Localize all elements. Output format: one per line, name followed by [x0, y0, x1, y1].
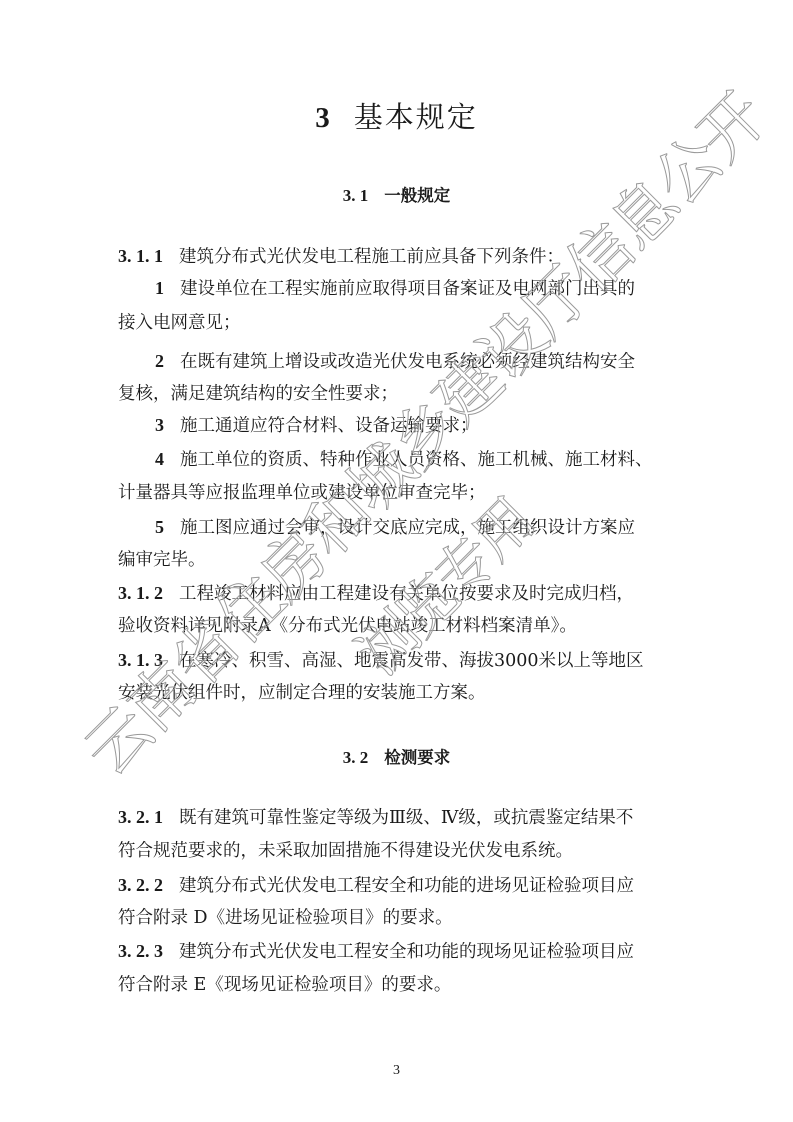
clause-3-2-3: 3. 2. 3建筑分布式光伏发电工程安全和功能的现场见证检验项目应	[118, 940, 688, 963]
item-number: 1	[155, 278, 164, 298]
continuation-line: 符合规范要求的，未采取加固措施不得建设光伏发电系统。	[118, 840, 688, 862]
clause-3-2-2: 3. 2. 2建筑分布式光伏发电工程安全和功能的进场见证检验项目应	[118, 874, 688, 897]
list-item-3: 3施工通道应符合材料、设备运输要求；	[155, 414, 725, 437]
line-text: 复核，满足建筑结构的安全性要求；	[118, 384, 398, 404]
list-item-5: 5施工图应通过会审，设计交底应完成，施工组织设计方案应	[155, 516, 725, 539]
clause-3-1-2: 3. 1. 2工程竣工材料应由工程建设有关单位按要求及时完成归档，	[118, 582, 688, 605]
list-item-1: 1建设单位在工程实施前应取得项目备案证及电网部门出具的	[155, 277, 725, 300]
clause-text: 建筑分布式光伏发电工程施工前应具备下列条件：	[179, 247, 564, 267]
section-title-3-2: 3. 2检测要求	[0, 744, 793, 768]
item-number: 5	[155, 517, 164, 537]
chapter-title: 3基本规定	[0, 95, 793, 136]
clause-text: 建筑分布式光伏发电工程安全和功能的进场见证检验项目应	[179, 876, 634, 896]
item-text: 建设单位在工程实施前应取得项目备案证及电网部门出具的	[180, 279, 635, 299]
clause-number: 3. 1. 2	[118, 583, 163, 603]
line-text: 编审完毕。	[118, 550, 206, 570]
clause-text: 建筑分布式光伏发电工程安全和功能的现场见证检验项目应	[179, 942, 634, 962]
document-page: 3基本规定 3. 1一般规定 3. 1. 1建筑分布式光伏发电工程施工前应具备下…	[0, 0, 793, 1122]
line-text: 计量器具等应报监理单位或建设单位审查完毕；	[118, 483, 486, 503]
page-number: 3	[0, 1063, 793, 1079]
item-text: 施工图应通过会审，设计交底应完成，施工组织设计方案应	[180, 518, 635, 538]
clause-number: 3. 2. 1	[118, 807, 163, 827]
item-number: 3	[155, 415, 164, 435]
list-item-4: 4施工单位的资质、特种作业人员资格、施工机械、施工材料、	[155, 448, 725, 471]
clause-number: 3. 1. 1	[118, 246, 163, 266]
item-text: 施工通道应符合材料、设备运输要求；	[180, 416, 478, 436]
continuation-line: 接入电网意见；	[118, 312, 688, 334]
clause-text: 在寒冷、积雪、高湿、地震高发带、海拔3000米以上等地区	[179, 651, 644, 671]
section-number: 3. 1	[343, 186, 369, 205]
line-text: 安装光伏组件时，应制定合理的安装施工方案。	[118, 683, 486, 703]
clause-number: 3. 1. 3	[118, 650, 163, 670]
clause-3-1-1: 3. 1. 1建筑分布式光伏发电工程施工前应具备下列条件：	[118, 245, 688, 268]
continuation-line: 验收资料详见附录A《分布式光伏电站竣工材料档案清单》。	[118, 615, 688, 637]
item-text: 施工单位的资质、特种作业人员资格、施工机械、施工材料、	[180, 450, 653, 470]
clause-text: 既有建筑可靠性鉴定等级为Ⅲ级、Ⅳ级，或抗震鉴定结果不	[179, 808, 633, 828]
list-item-2: 2在既有建筑上增设或改造光伏发电系统必须经建筑结构安全	[155, 350, 725, 373]
line-text: 验收资料详见附录A《分布式光伏电站竣工材料档案清单》。	[118, 616, 577, 636]
continuation-line: 符合附录 E《现场见证检验项目》的要求。	[118, 974, 688, 996]
item-number: 4	[155, 449, 164, 469]
section-title-3-1: 3. 1一般规定	[0, 182, 793, 206]
section-number: 3. 2	[343, 748, 369, 767]
line-text: 符合附录 D《进场见证检验项目》的要求。	[118, 908, 453, 928]
clause-text: 工程竣工材料应由工程建设有关单位按要求及时完成归档，	[179, 584, 634, 604]
line-text: 符合规范要求的，未采取加固措施不得建设光伏发电系统。	[118, 841, 573, 861]
continuation-line: 编审完毕。	[118, 549, 688, 571]
item-text: 在既有建筑上增设或改造光伏发电系统必须经建筑结构安全	[180, 352, 635, 372]
section-title-text: 一般规定	[384, 186, 450, 205]
continuation-line: 安装光伏组件时，应制定合理的安装施工方案。	[118, 682, 688, 704]
clause-number: 3. 2. 2	[118, 875, 163, 895]
line-text: 接入电网意见；	[118, 313, 241, 333]
section-title-text: 检测要求	[384, 748, 450, 767]
clause-number: 3. 2. 3	[118, 941, 163, 961]
clause-3-1-3: 3. 1. 3在寒冷、积雪、高湿、地震高发带、海拔3000米以上等地区	[118, 649, 688, 672]
chapter-title-text: 基本规定	[354, 100, 478, 134]
continuation-line: 计量器具等应报监理单位或建设单位审查完毕；	[118, 482, 688, 504]
chapter-number: 3	[315, 102, 332, 134]
item-number: 2	[155, 351, 164, 371]
clause-3-2-1: 3. 2. 1既有建筑可靠性鉴定等级为Ⅲ级、Ⅳ级，或抗震鉴定结果不	[118, 806, 688, 829]
line-text: 符合附录 E《现场见证检验项目》的要求。	[118, 975, 451, 995]
continuation-line: 复核，满足建筑结构的安全性要求；	[118, 383, 688, 405]
continuation-line: 符合附录 D《进场见证检验项目》的要求。	[118, 907, 688, 929]
